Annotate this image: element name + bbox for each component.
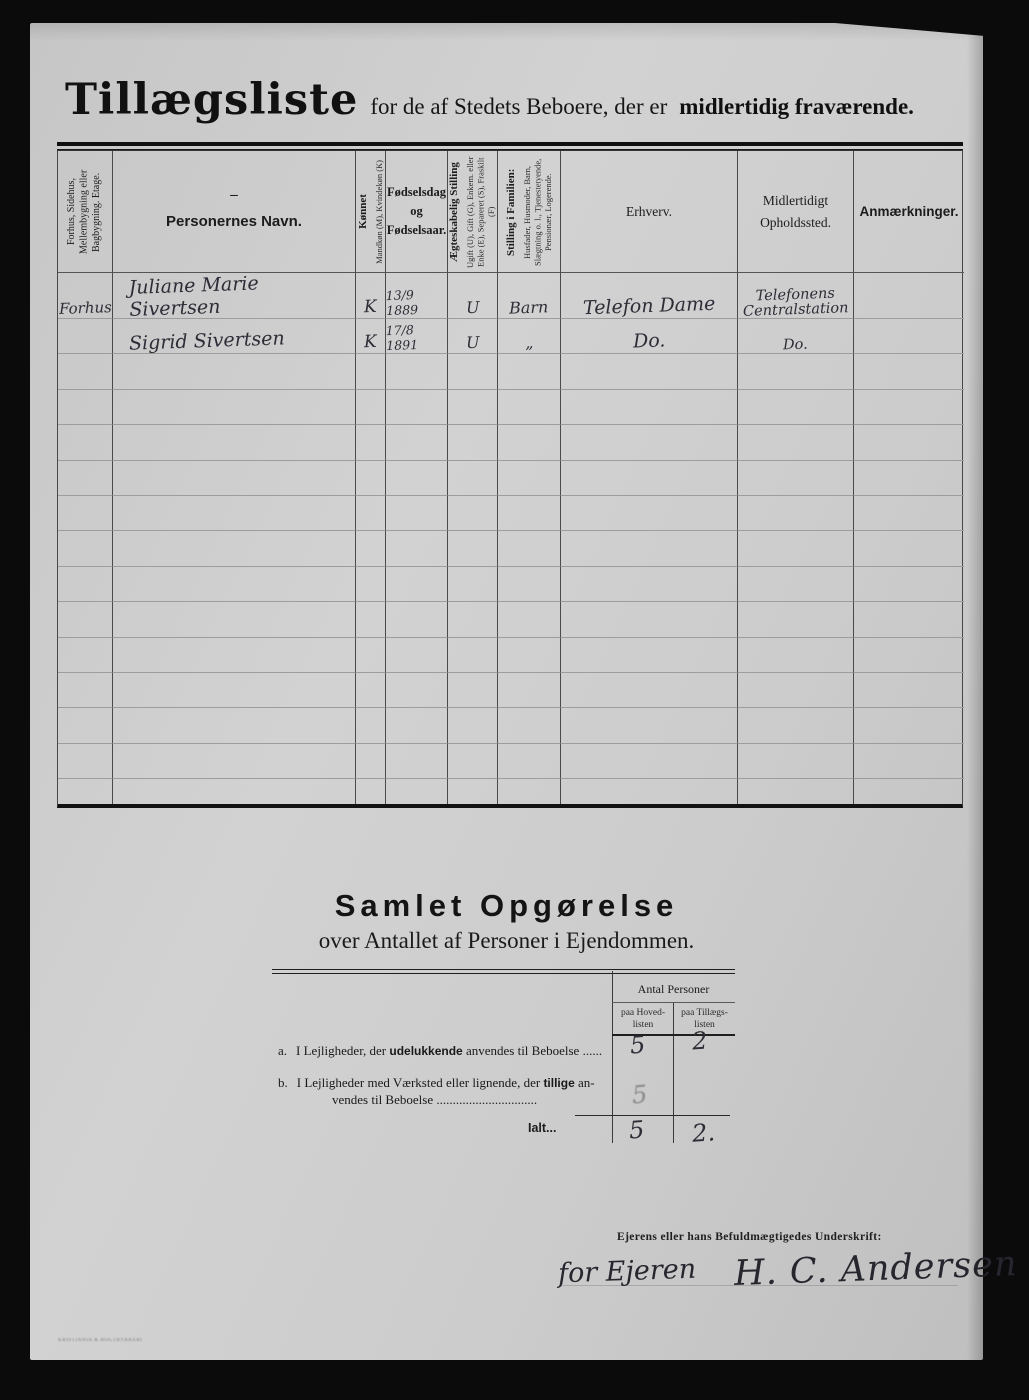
summary-row-b-bold: tillige bbox=[543, 1076, 574, 1090]
cell-family bbox=[498, 602, 561, 637]
header-birth: Fødselsdag og Fødselsaar. bbox=[386, 151, 448, 273]
cell-family bbox=[498, 567, 561, 602]
cell-occupation bbox=[561, 354, 738, 389]
cell-whereabouts: Do. bbox=[738, 319, 854, 354]
cell-family bbox=[498, 638, 561, 673]
cell-name bbox=[113, 496, 356, 531]
cell-family bbox=[498, 354, 561, 389]
census-form-page: Tillægsliste for de af Stedets Beboere, … bbox=[30, 23, 983, 1360]
cell-remarks bbox=[854, 673, 964, 708]
summary-row-b-line2: vendes til Beboelse ....................… bbox=[332, 1092, 610, 1109]
cell-birth bbox=[386, 461, 448, 496]
cell-occupation bbox=[561, 496, 738, 531]
cell-name bbox=[113, 354, 356, 389]
cell-whereabouts bbox=[738, 708, 854, 743]
cell-remarks bbox=[854, 319, 964, 354]
cell-name: Juliane Marie Sivertsen bbox=[113, 273, 356, 319]
cell-remarks bbox=[854, 567, 964, 602]
cell-birth bbox=[386, 496, 448, 531]
cell-birth bbox=[386, 567, 448, 602]
cell-name bbox=[113, 390, 356, 425]
cell-occupation bbox=[561, 673, 738, 708]
cell-occupation bbox=[561, 602, 738, 637]
cell-family bbox=[498, 708, 561, 743]
summary-top-rule bbox=[272, 969, 735, 974]
cell-occupation: Telefon Dame bbox=[561, 273, 738, 319]
cell-family bbox=[498, 390, 561, 425]
cell-family bbox=[498, 496, 561, 531]
signature-caption: Ejerens eller hans Befuldmægtigedes Unde… bbox=[617, 1231, 882, 1243]
summary-row-a-label: a. bbox=[278, 1043, 287, 1058]
cell-building bbox=[58, 390, 113, 425]
page-title-mid: for de af Stedets Beboere, der er bbox=[370, 94, 667, 120]
header-sex-sub: Mandkøn (M), Kvindekøn (K) bbox=[374, 160, 385, 264]
cell-sex bbox=[356, 744, 386, 779]
cell-building bbox=[58, 319, 113, 354]
cell-occupation: Do. bbox=[561, 319, 738, 354]
cell-birth bbox=[386, 354, 448, 389]
cell-sex bbox=[356, 531, 386, 566]
signature-name: H. C. Andersen bbox=[733, 1244, 1018, 1294]
cell-building bbox=[58, 567, 113, 602]
header-occupation: Erhverv. bbox=[561, 151, 738, 273]
cell-whereabouts bbox=[738, 354, 854, 389]
cell-family bbox=[498, 461, 561, 496]
cell-occupation bbox=[561, 425, 738, 460]
summary-title: Samlet Opgørelse bbox=[30, 888, 983, 924]
cell-birth bbox=[386, 708, 448, 743]
cell-occupation bbox=[561, 531, 738, 566]
cell-marital bbox=[448, 425, 498, 460]
cell-marital bbox=[448, 390, 498, 425]
page-title: Tillægsliste for de af Stedets Beboere, … bbox=[65, 75, 914, 125]
cell-family bbox=[498, 673, 561, 708]
cell-remarks bbox=[854, 273, 964, 319]
cell-family bbox=[498, 779, 561, 804]
header-sex: Kønnet Mandkøn (M), Kvindekøn (K) bbox=[356, 151, 386, 273]
cell-marital bbox=[448, 602, 498, 637]
summary-row-a: a.I Lejligheder, der udelukkende anvende… bbox=[278, 1043, 610, 1060]
cell-marital bbox=[448, 673, 498, 708]
cell-whereabouts bbox=[738, 390, 854, 425]
header-sex-title: Kønnet bbox=[357, 160, 371, 264]
cell-occupation bbox=[561, 779, 738, 804]
cell-family: Barn bbox=[498, 273, 561, 319]
cell-building bbox=[58, 638, 113, 673]
cell-sex bbox=[356, 779, 386, 804]
cell-marital bbox=[448, 744, 498, 779]
cell-marital: U bbox=[448, 319, 498, 354]
header-name-label: Personernes Navn. bbox=[166, 213, 302, 230]
cell-building bbox=[58, 744, 113, 779]
cell-whereabouts bbox=[738, 531, 854, 566]
header-remarks-label: Anmærkninger. bbox=[859, 204, 958, 219]
cell-remarks bbox=[854, 708, 964, 743]
cell-name bbox=[113, 673, 356, 708]
cell-whereabouts bbox=[738, 673, 854, 708]
header-whereabouts-label: Midlertidigt Opholdssted. bbox=[738, 190, 853, 233]
cell-marital bbox=[448, 496, 498, 531]
cell-remarks bbox=[854, 531, 964, 566]
cell-whereabouts bbox=[738, 567, 854, 602]
cell-remarks bbox=[854, 461, 964, 496]
cell-sex bbox=[356, 425, 386, 460]
header-occupation-label: Erhverv. bbox=[626, 204, 672, 220]
cell-name bbox=[113, 425, 356, 460]
cell-family bbox=[498, 531, 561, 566]
cell-remarks bbox=[854, 425, 964, 460]
summary-total-label: Ialt... bbox=[528, 1121, 556, 1135]
cell-building bbox=[58, 354, 113, 389]
summary-col-group: Antal Personer bbox=[612, 982, 735, 997]
header-family-sub: Husfader, Husmoder, Barn, Slægtning o. l… bbox=[521, 155, 553, 269]
cell-sex bbox=[356, 708, 386, 743]
value-total-hovedlisten: 5 bbox=[628, 1116, 645, 1145]
summary-row-b-pre: I Lejligheder med Værksted eller lignend… bbox=[297, 1075, 544, 1090]
cell-sex bbox=[356, 673, 386, 708]
cell-whereabouts bbox=[738, 602, 854, 637]
cell-building bbox=[58, 708, 113, 743]
census-table: Forhus, Sidehus, Mellembygning eller Bag… bbox=[57, 150, 963, 808]
signature-for-ejeren: for Ejeren bbox=[558, 1254, 697, 1290]
page-title-bold: midlertidig fraværende. bbox=[679, 94, 914, 120]
cell-marital bbox=[448, 638, 498, 673]
cell-name bbox=[113, 461, 356, 496]
header-whereabouts: Midlertidigt Opholdssted. bbox=[738, 151, 854, 273]
summary-col-hovedlisten: paa Hoved­listen bbox=[613, 1008, 673, 1032]
cell-occupation bbox=[561, 390, 738, 425]
header-marital-sub: Ugift (U), Gift (G), Enkem. eller Enke (… bbox=[465, 155, 497, 269]
cell-remarks bbox=[854, 390, 964, 425]
summary-row-a-bold: udelukkende bbox=[389, 1044, 462, 1058]
cell-birth bbox=[386, 638, 448, 673]
page-title-main: Tillægsliste bbox=[65, 75, 358, 125]
cell-remarks bbox=[854, 602, 964, 637]
cell-marital: U bbox=[448, 273, 498, 319]
cell-marital bbox=[448, 354, 498, 389]
header-marital-title: Ægteskabelig Stilling bbox=[448, 155, 462, 269]
cell-sex bbox=[356, 354, 386, 389]
cell-sex bbox=[356, 567, 386, 602]
cell-birth bbox=[386, 673, 448, 708]
cell-building: Forhus bbox=[58, 273, 113, 319]
cell-remarks bbox=[854, 638, 964, 673]
cell-name bbox=[113, 531, 356, 566]
printer-imprint: Kristiania & Bogtrykkeri bbox=[58, 1338, 143, 1343]
cell-building bbox=[58, 602, 113, 637]
header-building: Forhus, Sidehus, Mellembygning eller Bag… bbox=[58, 151, 113, 273]
cell-name bbox=[113, 567, 356, 602]
summary-group-rule bbox=[612, 1002, 735, 1003]
cell-remarks bbox=[854, 744, 964, 779]
cell-name bbox=[113, 708, 356, 743]
cell-building bbox=[58, 673, 113, 708]
cell-remarks bbox=[854, 354, 964, 389]
summary-row-a-post: anvendes til Beboelse ...... bbox=[463, 1043, 602, 1058]
cell-birth: 13/9 1889 bbox=[386, 273, 448, 319]
cell-occupation bbox=[561, 744, 738, 779]
cell-name bbox=[113, 602, 356, 637]
cell-birth bbox=[386, 390, 448, 425]
cell-sex bbox=[356, 390, 386, 425]
cell-marital bbox=[448, 567, 498, 602]
header-building-label: Forhus, Sidehus, Mellembygning eller Bag… bbox=[66, 155, 104, 269]
header-birth-label: Fødselsdag og Fødselsaar. bbox=[387, 183, 447, 239]
cell-sex bbox=[356, 602, 386, 637]
value-total-tillaegslisten: 2. bbox=[691, 1118, 716, 1148]
cell-occupation bbox=[561, 708, 738, 743]
header-marital: Ægteskabelig Stilling Ugift (U), Gift (G… bbox=[448, 151, 498, 273]
cell-building bbox=[58, 496, 113, 531]
header-name-dash: – bbox=[230, 193, 238, 197]
cell-building bbox=[58, 461, 113, 496]
cell-birth bbox=[386, 744, 448, 779]
cell-whereabouts bbox=[738, 496, 854, 531]
summary-row-a-pre: I Lejligheder, der bbox=[296, 1043, 389, 1058]
value-a-tillaegslisten: 2 bbox=[691, 1027, 708, 1056]
value-b-hovedlisten: 5 bbox=[631, 1081, 648, 1110]
cell-family: „ bbox=[498, 319, 561, 354]
cell-occupation bbox=[561, 461, 738, 496]
cell-marital bbox=[448, 461, 498, 496]
cell-family bbox=[498, 425, 561, 460]
cell-building bbox=[58, 425, 113, 460]
header-name: – Personernes Navn. bbox=[113, 151, 356, 273]
cell-marital bbox=[448, 531, 498, 566]
cell-name: Sigrid Sivertsen bbox=[113, 319, 356, 354]
cell-marital bbox=[448, 708, 498, 743]
cell-whereabouts bbox=[738, 744, 854, 779]
cell-sex bbox=[356, 461, 386, 496]
cell-sex bbox=[356, 638, 386, 673]
cell-family bbox=[498, 744, 561, 779]
header-family-title: Stilling i Familien: bbox=[505, 155, 519, 269]
cell-name bbox=[113, 744, 356, 779]
cell-birth bbox=[386, 531, 448, 566]
cell-occupation bbox=[561, 638, 738, 673]
cell-remarks bbox=[854, 779, 964, 804]
header-remarks: Anmærkninger. bbox=[854, 151, 964, 273]
summary-row-b-post: an- bbox=[575, 1075, 595, 1090]
summary-row-b-label: b. bbox=[278, 1075, 288, 1090]
cell-building bbox=[58, 779, 113, 804]
cell-sex: K bbox=[356, 273, 386, 319]
cell-remarks bbox=[854, 496, 964, 531]
cell-building bbox=[58, 531, 113, 566]
cell-occupation bbox=[561, 567, 738, 602]
cell-whereabouts bbox=[738, 779, 854, 804]
cell-birth bbox=[386, 602, 448, 637]
cell-marital bbox=[448, 779, 498, 804]
signature: for Ejeren H. C. Andersen bbox=[558, 1249, 1018, 1289]
cell-whereabouts: Telefonens Centralstation bbox=[738, 273, 854, 319]
value-a-hovedlisten: 5 bbox=[629, 1031, 646, 1060]
cell-whereabouts bbox=[738, 638, 854, 673]
summary-row-b: b.I Lejligheder med Værksted eller ligne… bbox=[278, 1075, 610, 1109]
cell-name bbox=[113, 638, 356, 673]
summary-total-rule bbox=[575, 1115, 730, 1116]
cell-birth: 17/8 1891 bbox=[386, 319, 448, 354]
summary-table: Antal Personer paa Hoved­listen paa Till… bbox=[272, 969, 735, 1184]
cell-whereabouts bbox=[738, 425, 854, 460]
cell-birth bbox=[386, 779, 448, 804]
cell-sex bbox=[356, 496, 386, 531]
cell-sex: K bbox=[356, 319, 386, 354]
cell-birth bbox=[386, 425, 448, 460]
cell-whereabouts bbox=[738, 461, 854, 496]
cell-name bbox=[113, 779, 356, 804]
header-family: Stilling i Familien: Husfader, Husmoder,… bbox=[498, 151, 561, 273]
summary-subtitle: over Antallet af Personer i Ejendommen. bbox=[30, 928, 983, 954]
